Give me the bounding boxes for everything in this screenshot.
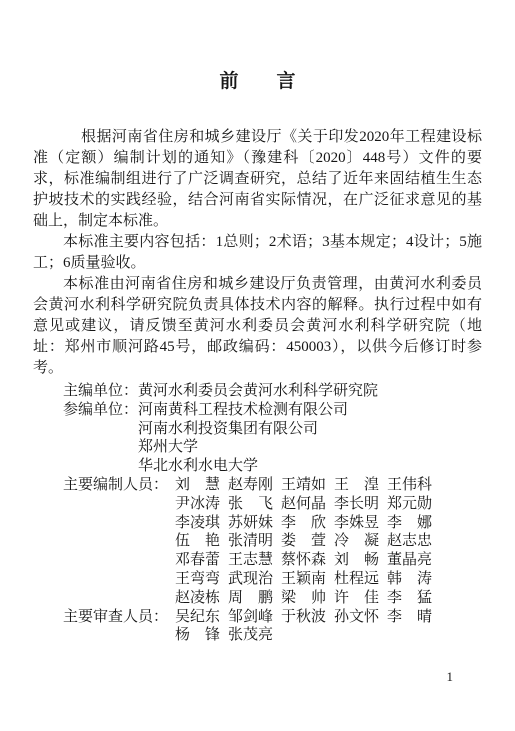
names-row: 尹冰涛张 飞赵何晶李长明郑元勋: [175, 495, 432, 514]
person-name: 张清明: [228, 532, 273, 551]
org-name: 郑州大学: [138, 438, 348, 457]
reviewers-names: 吴纪东邹剑峰于秋波孙文怀李 晴 杨 锋张茂亮: [168, 608, 432, 646]
names-row: 吴纪东邹剑峰于秋波孙文怀李 晴: [175, 608, 432, 627]
person-name: 赵志忠: [387, 532, 432, 551]
reviewers-row: 主要审查人员： 吴纪东邹剑峰于秋波孙文怀李 晴 杨 锋张茂亮: [63, 608, 482, 646]
person-name: 赵凌栋: [175, 589, 220, 608]
names-row: 刘 慧赵寿刚王靖如王 湟王伟科: [175, 476, 432, 495]
person-name: 冷 凝: [334, 532, 379, 551]
person-name: 杨 锋: [175, 626, 220, 645]
person-name: 李凌琪: [175, 514, 220, 533]
person-name: 李 欣: [281, 514, 326, 533]
person-name: 李 晴: [387, 608, 432, 627]
person-name: 尹冰涛: [175, 495, 220, 514]
person-name: 王志慧: [228, 551, 273, 570]
drafters-row: 主要编制人员： 刘 慧赵寿刚王靖如王 湟王伟科 尹冰涛张 飞赵何晶李长明郑元勋 …: [63, 476, 482, 608]
org-name: 黄河水利委员会黄河水利科学研究院: [138, 382, 378, 401]
participating-orgs: 河南黄科工程技术检测有限公司河南水利投资集团有限公司郑州大学华北水利水电大学: [138, 401, 348, 476]
person-name: 张茂亮: [228, 626, 273, 645]
person-name: 韩 涛: [387, 570, 432, 589]
person-name: 王靖如: [281, 476, 326, 495]
person-name: 赵何晶: [281, 495, 326, 514]
person-name: 王伟科: [387, 476, 432, 495]
person-name: 娄 萱: [281, 532, 326, 551]
page-content: 前 言 根据河南省住房和城乡建设厅《关于印发2020年工程建设标准（定额）编制计…: [33, 70, 482, 645]
roster: 主编单位： 黄河水利委员会黄河水利科学研究院 参编单位： 河南黄科工程技术检测有…: [63, 382, 482, 645]
person-name: 武现治: [228, 570, 273, 589]
person-name: 刘 慧: [175, 476, 220, 495]
names-row: 杨 锋张茂亮: [175, 626, 432, 645]
person-name: 李 娜: [387, 514, 432, 533]
person-name: 蔡怀森: [281, 551, 326, 570]
person-name: 董晶亮: [387, 551, 432, 570]
org-name: 河南黄科工程技术检测有限公司: [138, 401, 348, 420]
person-name: 苏妍妹: [228, 514, 273, 533]
person-name: 王颖南: [281, 570, 326, 589]
person-name: 邹剑峰: [228, 608, 273, 627]
reviewers-label: 主要审查人员：: [63, 608, 168, 627]
names-row: 伍 艳张清明娄 萱冷 凝赵志忠: [175, 532, 432, 551]
person-name: 邓春蕾: [175, 551, 220, 570]
paragraph: 本标准主要内容包括：1总则；2术语；3基本规定；4设计；5施工；6质量验收。: [33, 232, 482, 274]
drafters-label: 主要编制人员：: [63, 476, 168, 495]
names-row: 赵凌栋周 鹏梁 帅许 佳李 猛: [175, 589, 432, 608]
person-name: 王 湟: [334, 476, 379, 495]
page-title: 前 言: [33, 70, 482, 94]
person-name: 李 猛: [387, 589, 432, 608]
person-name: 吴纪东: [175, 608, 220, 627]
names-row: 邓春蕾王志慧蔡怀森刘 畅董晶亮: [175, 551, 432, 570]
person-name: 李长明: [334, 495, 379, 514]
person-name: 赵寿刚: [228, 476, 273, 495]
paragraph: 本标准由河南省住房和城乡建设厅负责管理，由黄河水利委员会黄河水利科学研究院负责具…: [33, 274, 482, 379]
person-name: 杜程远: [334, 570, 379, 589]
names-row: 王弯弯武现治王颖南杜程远韩 涛: [175, 570, 432, 589]
person-name: 许 佳: [334, 589, 379, 608]
person-name: 刘 畅: [334, 551, 379, 570]
person-name: 周 鹏: [228, 589, 273, 608]
participating-row: 参编单位： 河南黄科工程技术检测有限公司河南水利投资集团有限公司郑州大学华北水利…: [63, 401, 482, 476]
participating-label: 参编单位：: [63, 401, 138, 420]
person-name: 伍 艳: [175, 532, 220, 551]
person-name: 孙文怀: [334, 608, 379, 627]
org-name: 华北水利水电大学: [138, 457, 348, 476]
person-name: 梁 帅: [281, 589, 326, 608]
person-name: 张 飞: [228, 495, 273, 514]
chief-editor-row: 主编单位： 黄河水利委员会黄河水利科学研究院: [63, 382, 482, 401]
document-page: 前 言 根据河南省住房和城乡建设厅《关于印发2020年工程建设标准（定额）编制计…: [0, 0, 515, 731]
person-name: 李姝昱: [334, 514, 379, 533]
person-name: 郑元勋: [387, 495, 432, 514]
names-row: 李凌琪苏妍妹李 欣李姝昱李 娜: [175, 514, 432, 533]
page-number: 1: [447, 669, 454, 685]
org-name: 河南水利投资集团有限公司: [138, 420, 348, 439]
person-name: 王弯弯: [175, 570, 220, 589]
chief-editor-label: 主编单位：: [63, 382, 138, 401]
paragraph: 根据河南省住房和城乡建设厅《关于印发2020年工程建设标准（定额）编制计划的通知…: [33, 127, 482, 232]
drafters-names: 刘 慧赵寿刚王靖如王 湟王伟科 尹冰涛张 飞赵何晶李长明郑元勋 李凌琪苏妍妹李 …: [168, 476, 432, 608]
person-name: 于秋波: [281, 608, 326, 627]
chief-editor-orgs: 黄河水利委员会黄河水利科学研究院: [138, 382, 378, 401]
